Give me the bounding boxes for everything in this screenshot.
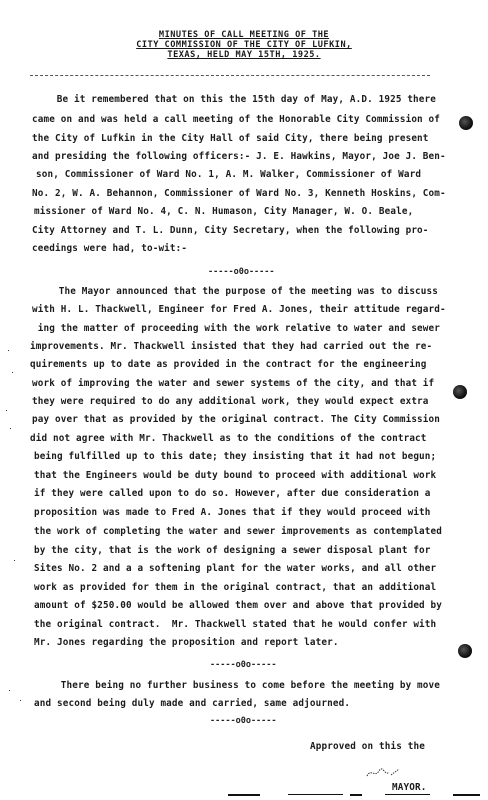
scan-speck	[12, 372, 13, 373]
document-page: MINUTES OF CALL MEETING OF THE CITY COMM…	[0, 0, 488, 800]
hole-punch-icon	[453, 385, 467, 399]
scan-speck	[6, 410, 7, 411]
scan-edge-artifact	[385, 794, 430, 795]
text-line: proposition was made to Fred A. Jones th…	[34, 507, 431, 519]
text-line: amount of $250.00 would be allowed them …	[34, 600, 442, 612]
text-line: and presiding the following officers:- J…	[32, 151, 446, 163]
scan-edge-artifact	[228, 794, 260, 796]
approval-line: Approved on this the	[310, 741, 425, 753]
text-line: The Mayor announced that the purpose of …	[30, 286, 438, 298]
text-line: the work of completing the water and sew…	[34, 526, 442, 538]
section-separator: -----o0o-----	[210, 660, 277, 670]
text-line: son, Commissioner of Ward No. 1, A. M. W…	[36, 169, 421, 181]
text-line: being fulfilled up to this date; they in…	[34, 451, 436, 463]
scan-speck	[10, 428, 11, 429]
hole-punch-icon	[459, 116, 473, 130]
text-line: pay over that as provided by the origina…	[32, 414, 440, 426]
text-line: came on and was held a call meeting of t…	[32, 114, 440, 126]
scan-speck	[9, 690, 10, 691]
text-line: No. 2, W. A. Behannon, Commissioner of W…	[32, 188, 446, 200]
mayor-title: MAYOR.	[392, 782, 426, 794]
text-line: if they were called upon to do so. Howev…	[34, 488, 431, 500]
text-line: that the Engineers would be duty bound t…	[34, 470, 436, 482]
document-title: MINUTES OF CALL MEETING OF THE CITY COMM…	[0, 30, 488, 60]
text-line: Sites No. 2 and a a softening plant for …	[34, 563, 436, 575]
hole-punch-icon	[458, 644, 472, 658]
text-line: did not agree with Mr. Thackwell as to t…	[30, 433, 427, 445]
text-line: ing the matter of proceeding with the wo…	[32, 323, 440, 335]
text-line: the original contract. Mr. Thackwell sta…	[34, 619, 436, 631]
header-divider	[30, 75, 430, 76]
section-separator: -----o0o-----	[210, 716, 277, 726]
text-line: Mr. Jones regarding the proposition and …	[34, 637, 339, 649]
text-line: they were required to do any additional …	[32, 396, 429, 408]
text-line: There being no further business to come …	[32, 680, 440, 692]
text-line: improvements. Mr. Thackwell insisted tha…	[30, 341, 432, 353]
scan-speck	[14, 560, 15, 561]
text-line: by the city, that is the work of designi…	[34, 545, 431, 557]
text-line: the City of Lufkin in the City Hall of s…	[32, 133, 429, 145]
text-line: City Attorney and T. L. Dunn, City Secre…	[32, 225, 429, 237]
scan-speck	[8, 350, 9, 351]
text-line: Be it remembered that on this the 15th d…	[28, 94, 436, 106]
text-line: ceedings were had, to-wit:-	[32, 243, 187, 255]
text-line: quirements up to date as provided in the…	[30, 359, 427, 371]
text-line: missioner of Ward No. 4, C. N. Humason, …	[34, 206, 413, 218]
scan-edge-artifact	[453, 794, 480, 796]
text-line: work of improving the water and sewer sy…	[32, 378, 434, 390]
text-line: work as provided for them in the origina…	[34, 582, 436, 594]
section-separator: -----o0o-----	[208, 267, 275, 277]
scan-edge-artifact	[288, 794, 343, 795]
scan-speck	[20, 700, 21, 701]
title-line-1: MINUTES OF CALL MEETING OF THE	[0, 30, 488, 40]
text-line: with H. L. Thackwell, Engineer for Fred …	[32, 304, 446, 316]
scan-edge-artifact	[350, 794, 362, 796]
title-line-2: CITY COMMISSION OF THE CITY OF LUFKIN,	[0, 40, 488, 50]
mayor-signature	[365, 766, 401, 780]
text-line: and second being duly made and carried, …	[34, 698, 350, 710]
title-line-3: TEXAS, HELD MAY 15TH, 1925.	[0, 50, 488, 60]
